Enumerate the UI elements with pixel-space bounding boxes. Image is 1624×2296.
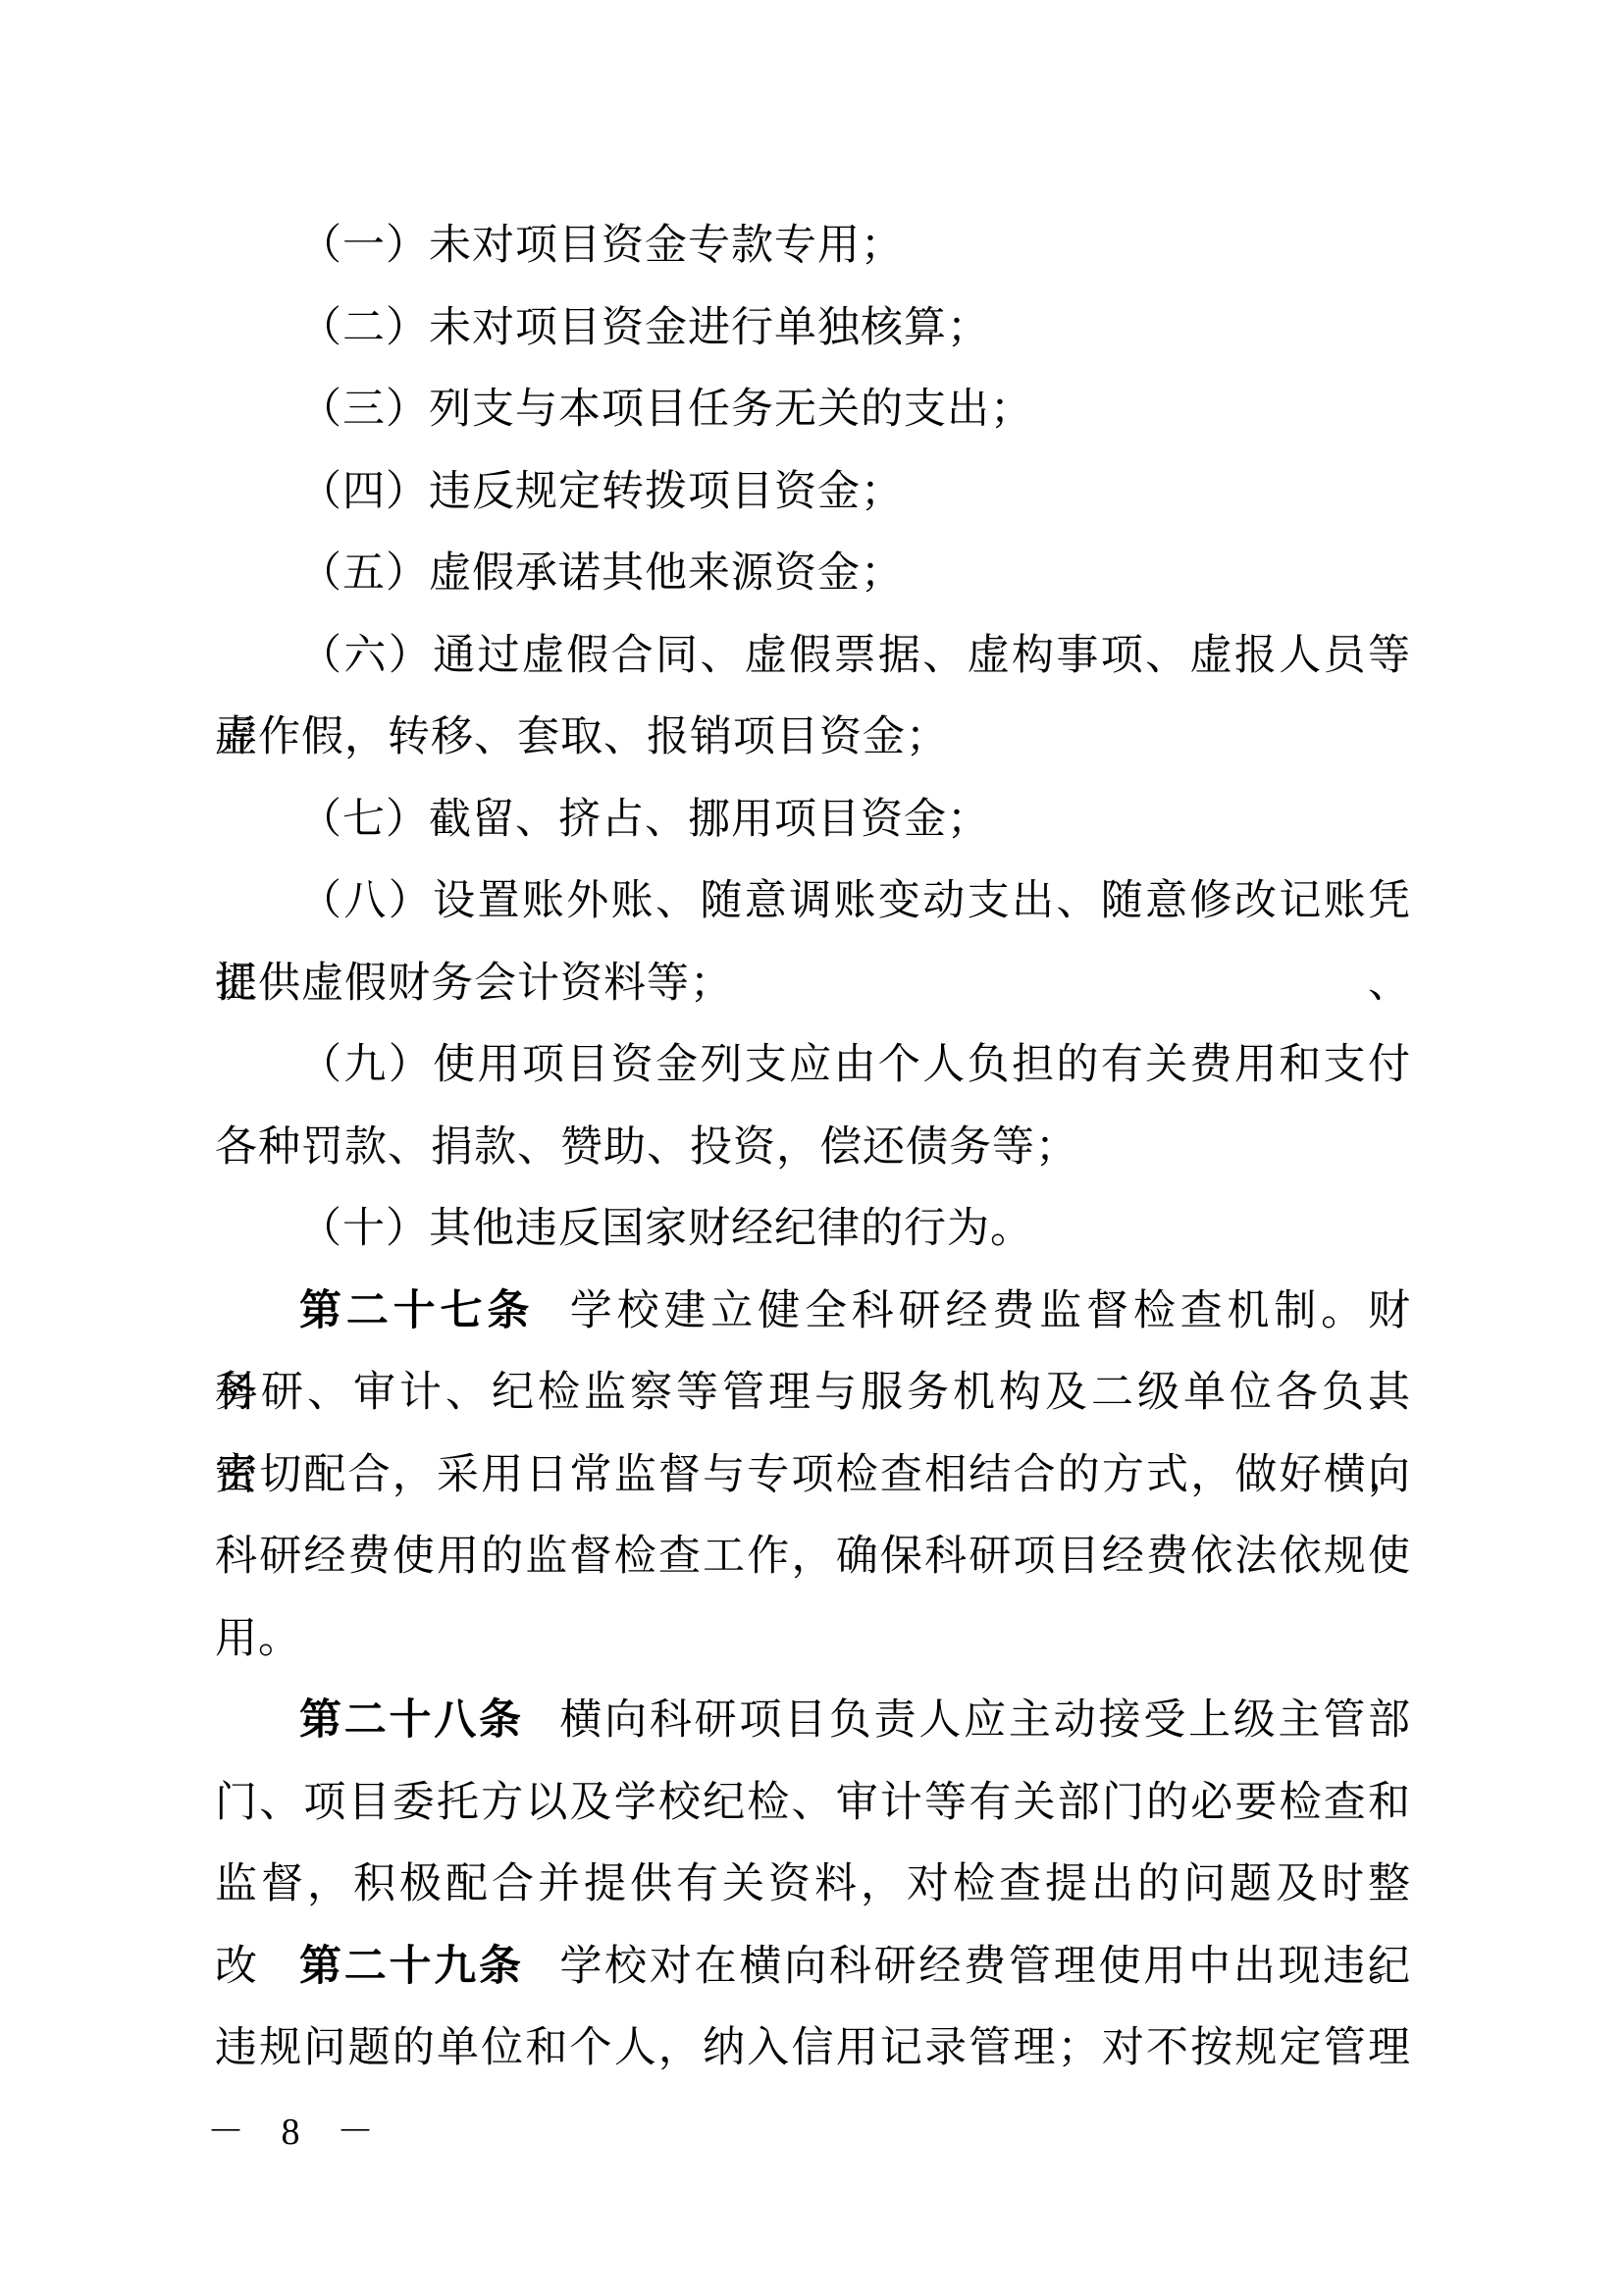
article-28-text: 横向科研项目负责人应主动接受上级主管部 <box>559 1697 1411 1744</box>
page-number: － 8 － <box>207 2103 388 2162</box>
article-27-line: 第二十七条学校建立健全科研经费监督检查机制。财务、 <box>215 1271 1411 1353</box>
clause-line-9: （九）使用项目资金列支应由个人负担的有关费用和支付 <box>215 1024 1411 1107</box>
clause-line-2: （二）未对项目资金进行单独核算； <box>215 287 1411 370</box>
article-27-line-3: 密切配合，采用日常监督与专项检查相结合的方式，做好横向 <box>215 1435 1411 1517</box>
article-29-text: 学校对在横向科研经费管理使用中出现违纪 <box>559 1944 1411 1990</box>
article-27-line-2: 科研、审计、纪检监察等管理与服务机构及二级单位各负其责， <box>215 1352 1411 1435</box>
clause-line-5: （五）虚假承诺其他来源资金； <box>215 533 1411 615</box>
clause-line-7: （七）截留、挤占、挪用项目资金； <box>215 779 1411 861</box>
article-28-line: 第二十八条横向科研项目负责人应主动接受上级主管部 <box>215 1680 1411 1762</box>
article-28-line-3: 监督，积极配合并提供有关资料，对检查提出的问题及时整改。 <box>215 1844 1411 1926</box>
document-page: （一）未对项目资金专款专用； （二）未对项目资金进行单独核算； （三）列支与本项… <box>0 0 1624 2296</box>
article-29-line: 第二十九条学校对在横向科研经费管理使用中出现违纪 <box>215 1926 1411 2009</box>
clause-line-1: （一）未对项目资金专款专用； <box>215 205 1411 287</box>
article-27-line-5: 用。 <box>215 1598 1411 1681</box>
clause-line-6-continued: 虚作假，转移、套取、报销项目资金； <box>215 697 1411 779</box>
article-28-line-2: 门、项目委托方以及学校纪检、审计等有关部门的必要检查和 <box>215 1762 1411 1845</box>
clause-line-9-continued: 各种罚款、捐款、赞助、投资，偿还债务等； <box>215 1107 1411 1189</box>
article-29-number: 第二十九条 <box>299 1944 524 1990</box>
clause-line-4: （四）违反规定转拨项目资金； <box>215 451 1411 534</box>
article-27-line-4: 科研经费使用的监督检查工作，确保科研项目经费依法依规使 <box>215 1516 1411 1598</box>
clause-line-8: （八）设置账外账、随意调账变动支出、随意修改记账凭证、 <box>215 861 1411 943</box>
article-27-number: 第二十七条 <box>299 1288 534 1334</box>
article-28-number: 第二十八条 <box>299 1697 524 1744</box>
document-body: （一）未对项目资金专款专用； （二）未对项目资金进行单独核算； （三）列支与本项… <box>215 205 1411 2090</box>
clause-line-3: （三）列支与本项目任务无关的支出； <box>215 369 1411 451</box>
clause-line-6: （六）通过虚假合同、虚假票据、虚构事项、虚报人员等弄 <box>215 615 1411 698</box>
article-29-line-2: 违规问题的单位和个人，纳入信用记录管理；对不按规定管理 <box>215 2008 1411 2090</box>
clause-line-10: （十）其他违反国家财经纪律的行为。 <box>215 1188 1411 1271</box>
